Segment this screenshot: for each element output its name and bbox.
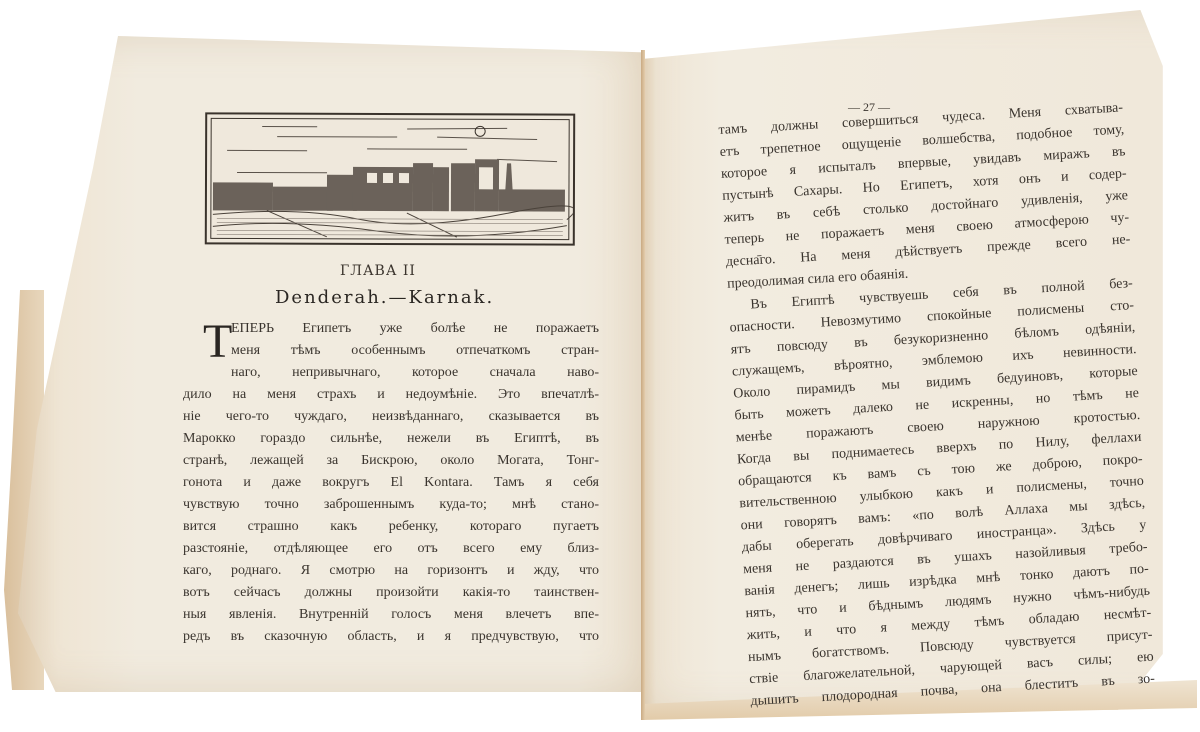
text-line: разстояніе, отдѣляющее его отъ всего ему…	[183, 538, 599, 560]
chapter-heading: ГЛАВА II	[340, 263, 416, 279]
text-line: дило на меня страхъ и недоумѣніе. Это вп…	[183, 384, 599, 406]
text-line: гонота и даже вокругъ El Kontara. Тамъ я…	[183, 472, 599, 494]
text-line: меня тѣмъ особеннымъ отпечаткомъ стран-	[183, 340, 599, 362]
text-line: вится страшно какъ ребенку, котораго пуг…	[183, 516, 599, 538]
right-page-body-text: тамъ должны совершиться чудеса. Меня схв…	[718, 97, 1156, 713]
text-line: каго, роднаго. Я смотрю на горизонтъ и ж…	[183, 560, 599, 582]
text-line: Марокко гораздо сильнѣе, нежели въ Египт…	[183, 428, 599, 450]
text-line: странѣ, лежащей за Бискрою, около Могата…	[183, 450, 599, 472]
left-page-body-text: ЕПЕРЬ Египетъ уже болѣе не поражаетъ мен…	[183, 318, 599, 648]
text-line: ныя явленія. Внутренній голосъ меня влеч…	[183, 604, 599, 626]
open-book: ГЛАВА II Denderah.—Karnak. Т ЕПЕРЬ Египе…	[0, 0, 1200, 732]
text-line: чувствую точно заброшеннымъ куда-то; мнѣ…	[183, 494, 599, 516]
chapter-title: Denderah.—Karnak.	[275, 287, 494, 308]
text-line: вотъ сейчасъ должны произойти какія-то т…	[183, 582, 599, 604]
text-line: ЕПЕРЬ Египетъ уже болѣе не поражаетъ	[183, 318, 599, 340]
text-line: редъ въ сказочную область, и я предчувст…	[183, 626, 599, 648]
text-line: наго, непривычнаго, которое сначала наво…	[183, 362, 599, 384]
text-line: ніе чего-то чуждаго, неизвѣданнаго, сказ…	[183, 406, 599, 428]
engraving-illustration-icon	[205, 112, 575, 245]
book-gutter	[641, 50, 645, 720]
